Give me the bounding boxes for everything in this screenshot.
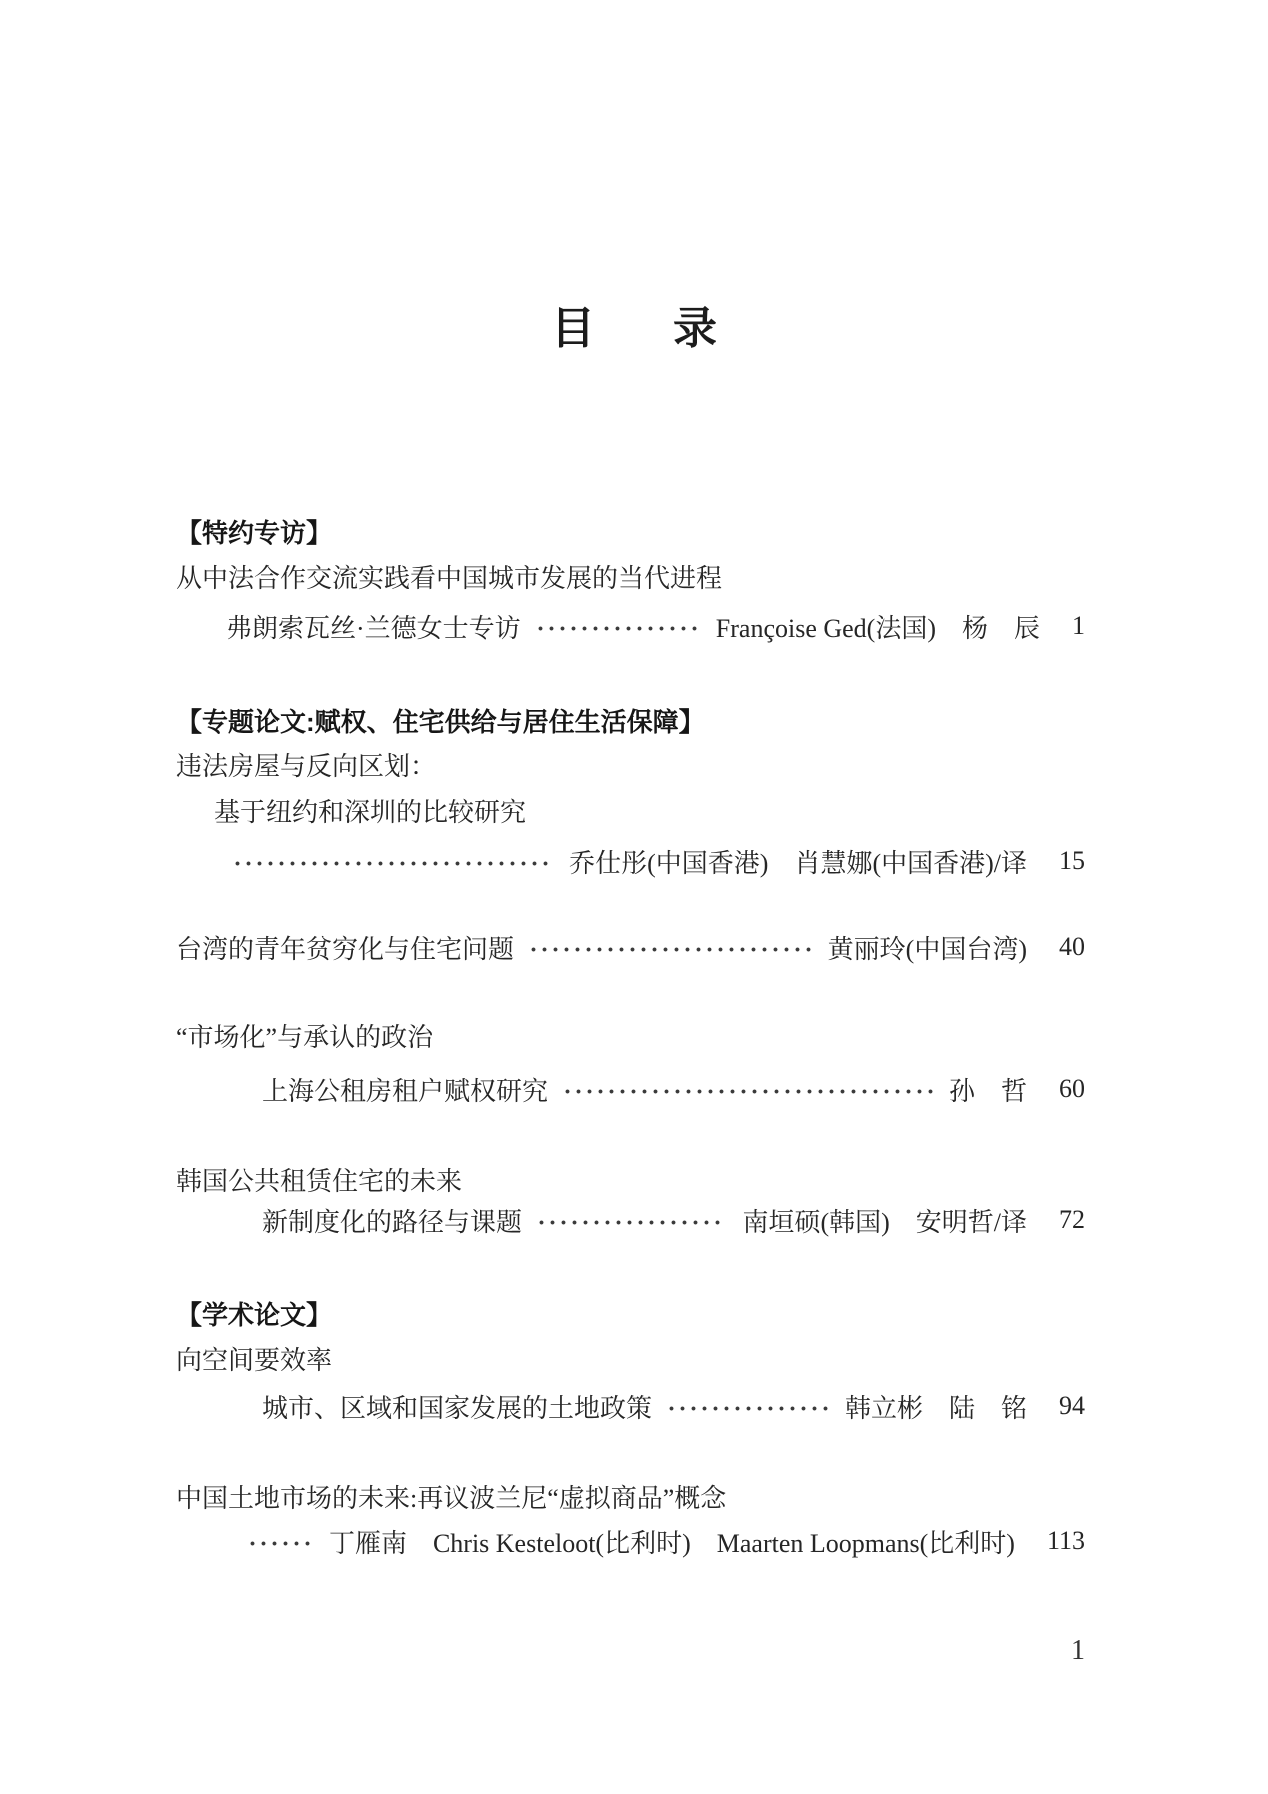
toc-entry-title: 从中法合作交流实践看中国城市发展的当代进程	[176, 559, 1085, 593]
section-heading: 【特约专访】	[176, 514, 1085, 548]
entry-title-text: 台湾的青年贫穷化与住宅问题	[176, 929, 514, 966]
entry-page-number: 113	[1047, 1526, 1085, 1556]
entry-subtitle-text: 新制度化的路径与课题	[262, 1202, 522, 1239]
dot-leader	[232, 857, 553, 869]
section-heading: 【专题论文:赋权、住宅供给与居住生活保障】	[176, 703, 1085, 737]
entry-authors: 丁雁南 Chris Kesteloot(比利时) Maarten Loopman…	[329, 1523, 1015, 1560]
entry-page-number: 72	[1059, 1205, 1085, 1235]
entry-authors: 韩立彬 陆 铭	[845, 1388, 1027, 1425]
entry-page-number: 15	[1059, 846, 1085, 876]
toc-entry-row: 乔仕彤(中国香港) 肖慧娜(中国香港)/译 15	[176, 844, 1085, 878]
dot-leader	[666, 1402, 829, 1414]
toc-entry-title: 向空间要效率	[176, 1341, 1085, 1375]
entry-page-number: 1	[1072, 611, 1085, 641]
toc-entry-row: 上海公租房租户赋权研究 孙 哲 60	[176, 1072, 1085, 1106]
toc-entry-title: “市场化”与承认的政治	[176, 1018, 1085, 1052]
footer-page-number-text: 1	[1071, 1635, 1085, 1667]
entry-authors: 南垣硕(韩国) 安明哲/译	[742, 1202, 1027, 1239]
entry-subtitle-text: 弗朗索瓦丝·兰德女士专访	[226, 608, 521, 645]
entry-title-text: 从中法合作交流实践看中国城市发展的当代进程	[176, 558, 722, 595]
entry-subtitle-text: 上海公租房租户赋权研究	[262, 1071, 548, 1108]
entry-title-text: 中国土地市场的未来:再议波兰尼“虚拟商品”概念	[176, 1478, 726, 1515]
section-heading-text: 【专题论文:赋权、住宅供给与居住生活保障】	[176, 702, 705, 739]
dot-leader	[535, 622, 700, 634]
section-heading-text: 【学术论文】	[176, 1295, 332, 1332]
section-heading-text: 【特约专访】	[176, 513, 332, 550]
toc-entry-row: 城市、区域和国家发展的土地政策 韩立彬 陆 铭 94	[176, 1389, 1085, 1423]
dot-leader	[562, 1085, 933, 1097]
dot-leader	[247, 1537, 313, 1549]
entry-title-text: 违法房屋与反向区划：	[176, 746, 436, 783]
dot-leader	[528, 943, 812, 955]
toc-entry-title: 中国土地市场的未来:再议波兰尼“虚拟商品”概念	[176, 1479, 1085, 1513]
toc-entry-row: 丁雁南 Chris Kesteloot(比利时) Maarten Loopman…	[176, 1524, 1085, 1558]
toc-page: 目 录 【特约专访】 从中法合作交流实践看中国城市发展的当代进程 弗朗索瓦丝·兰…	[0, 0, 1268, 1794]
entry-authors: 黄丽玲(中国台湾)	[828, 929, 1027, 966]
dot-leader	[536, 1216, 726, 1228]
entry-page-number: 60	[1059, 1074, 1085, 1104]
section-heading: 【学术论文】	[176, 1296, 1085, 1330]
toc-entry-row: 台湾的青年贫穷化与住宅问题 黄丽玲(中国台湾) 40	[176, 930, 1085, 964]
entry-authors: Françoise Ged(法国) 杨 辰	[716, 608, 1040, 645]
toc-entry-row: 弗朗索瓦丝·兰德女士专访 Françoise Ged(法国) 杨 辰 1	[176, 609, 1085, 643]
page-title: 目 录	[0, 298, 1268, 350]
entry-page-number: 94	[1059, 1391, 1085, 1421]
toc-entry-title: 韩国公共租赁住宅的未来	[176, 1162, 1085, 1196]
entry-authors: 孙 哲	[949, 1071, 1027, 1108]
entry-subtitle-text: 基于纽约和深圳的比较研究	[214, 792, 526, 829]
page-number-footer: 1	[176, 1634, 1085, 1668]
entry-authors: 乔仕彤(中国香港) 肖慧娜(中国香港)/译	[569, 843, 1027, 880]
entry-title-text: 韩国公共租赁住宅的未来	[176, 1161, 462, 1198]
entry-title-text: “市场化”与承认的政治	[176, 1017, 433, 1054]
toc-entry-title: 违法房屋与反向区划：	[176, 747, 1085, 781]
entry-title-text: 向空间要效率	[176, 1340, 332, 1377]
entry-page-number: 40	[1059, 932, 1085, 962]
toc-entry-title: 基于纽约和深圳的比较研究	[176, 793, 1085, 827]
entry-subtitle-text: 城市、区域和国家发展的土地政策	[262, 1388, 652, 1425]
toc-entry-row: 新制度化的路径与课题 南垣硕(韩国) 安明哲/译 72	[176, 1203, 1085, 1237]
